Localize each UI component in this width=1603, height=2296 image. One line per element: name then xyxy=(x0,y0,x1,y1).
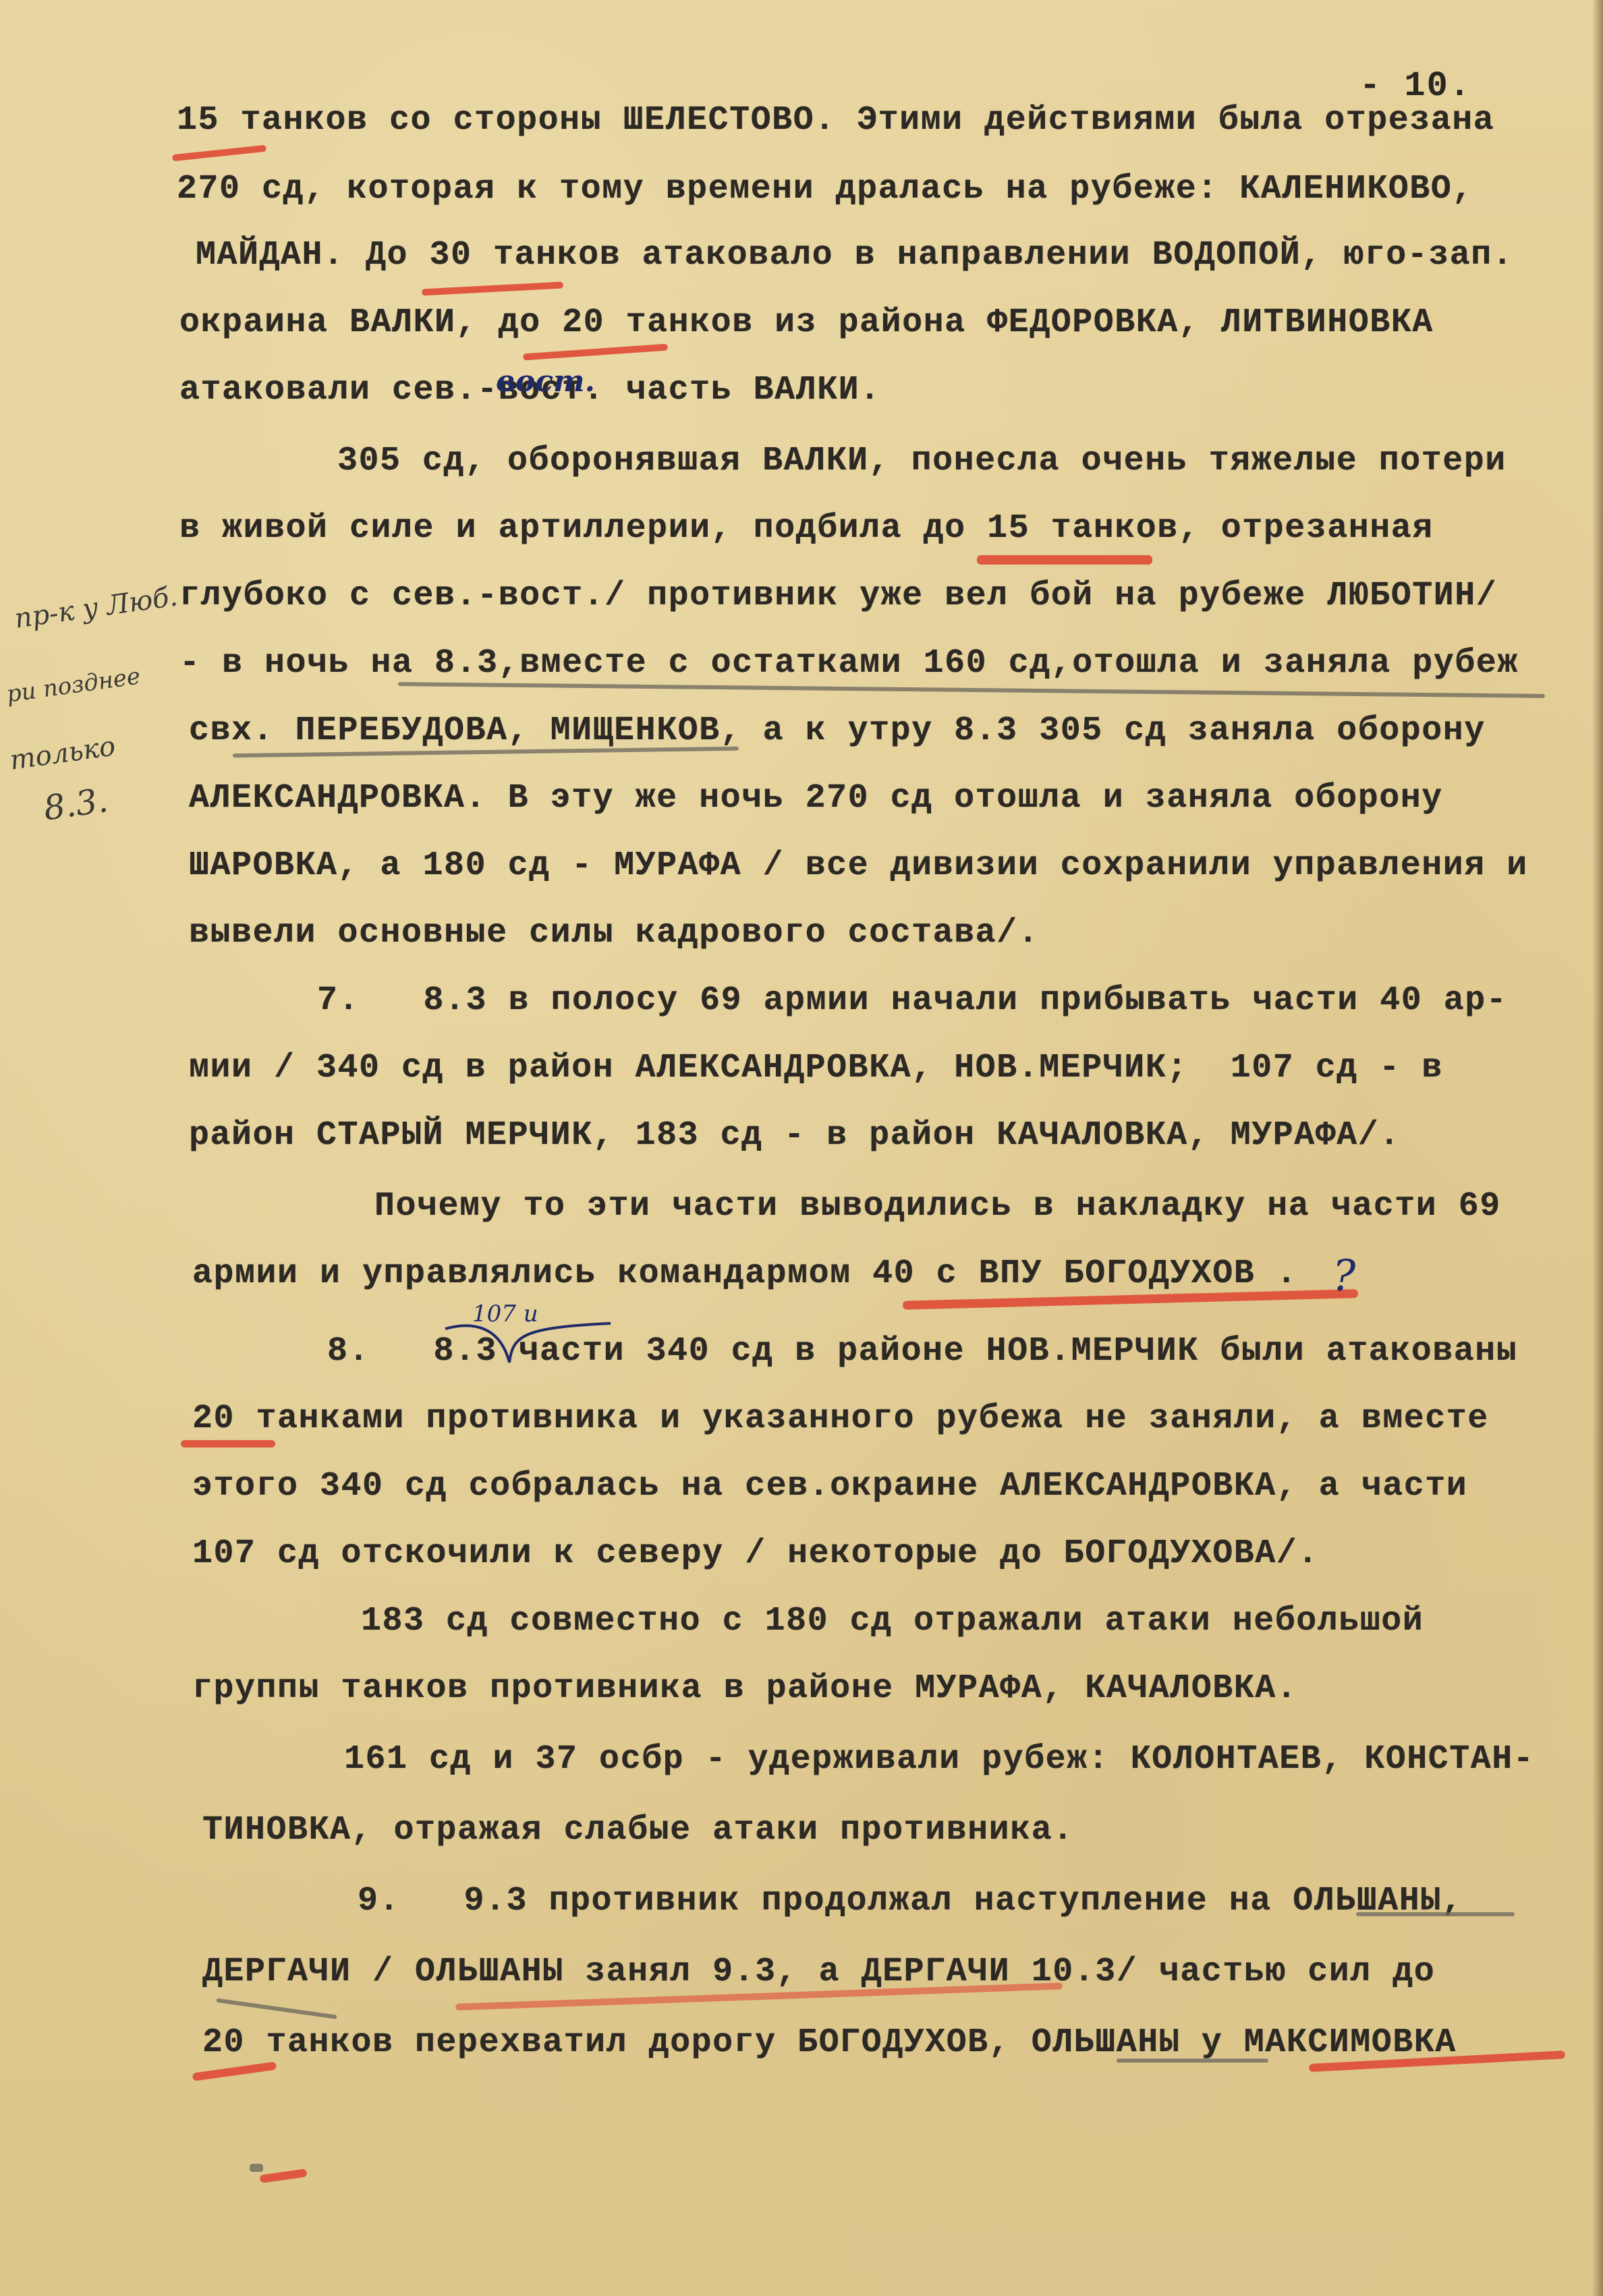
text-line: 20 танков перехватил дорогу БОГОДУХОВ, О… xyxy=(202,2024,1457,2062)
text-line: Почему то эти части выводились в накладк… xyxy=(374,1187,1501,1226)
text-line: в живой силе и артиллерии, подбила до 15… xyxy=(179,509,1434,548)
text-line: 183 сд совместно с 180 сд отражали атаки… xyxy=(361,1602,1424,1640)
text-line: мии / 340 сд в район АЛЕКСАНДРОВКА, НОВ.… xyxy=(189,1049,1443,1087)
pencil-underline xyxy=(1356,1912,1515,1916)
text-line: глубоко с сев.-вост./ противник уже вел … xyxy=(179,577,1497,615)
text-line: 107 сд отскочили к северу / некоторые до… xyxy=(192,1534,1319,1573)
text-line: ШАРОВКА, а 180 сд - МУРАФА / все дивизии… xyxy=(189,846,1528,885)
red-underline xyxy=(192,2061,277,2081)
text-line: район СТАРЫЙ МЕРЧИК, 183 сд - в район КА… xyxy=(189,1116,1401,1155)
red-underline xyxy=(977,555,1152,565)
insertion-caret-icon xyxy=(442,1309,617,1369)
text-line: 7. 8.3 в полосу 69 армии начали прибыват… xyxy=(317,981,1507,1020)
red-underline xyxy=(181,1440,275,1447)
margin-note-line: пр-к у Люб. xyxy=(13,581,179,634)
text-line: 15 танков со стороны ШЕЛЕСТОВО. Этими де… xyxy=(177,101,1494,140)
page-edge-shadow xyxy=(1592,0,1603,2296)
page-number: - 10. xyxy=(1359,66,1471,106)
pencil-underline xyxy=(216,1999,337,2019)
text-line: 270 сд, которая к тому времени дралась н… xyxy=(177,170,1473,208)
pencil-underline xyxy=(1117,2059,1268,2063)
red-underline xyxy=(523,344,668,361)
text-line: группы танков противника в районе МУРАФА… xyxy=(192,1669,1297,1708)
text-line: 9. 9.3 противник продолжал наступление н… xyxy=(358,1882,1463,1920)
red-underline xyxy=(422,282,563,296)
text-line: АЛЕКСАНДРОВКА. В эту же ночь 270 сд отош… xyxy=(189,779,1443,817)
text-line: этого 340 сд собралась на сев.окраине АЛ… xyxy=(192,1467,1467,1505)
text-line: свх. ПЕРЕБУДОВА, МИЩЕНКОВ, а к утру 8.3 … xyxy=(189,712,1486,750)
text-line: армии и управлялись командармом 40 с ВПУ… xyxy=(192,1255,1297,1293)
pencil-tick-mark xyxy=(250,2164,263,2172)
document-page: - 10. 15 танков со стороны ШЕЛЕСТОВО. Эт… xyxy=(0,0,1603,2296)
red-tick-mark xyxy=(260,2169,308,2183)
question-mark: ? xyxy=(1332,1251,1355,1301)
pencil-underline xyxy=(398,682,1545,698)
text-line: окраина ВАЛКИ, до 20 танков из района ФЕ… xyxy=(179,304,1434,342)
red-underline xyxy=(172,145,266,162)
text-line: 161 сд и 37 осбр - удерживали рубеж: КОЛ… xyxy=(344,1740,1534,1779)
text-line: вывели основные силы кадрового состава/. xyxy=(189,914,1039,952)
text-line: ТИНОВКА, отражая слабые атаки противника… xyxy=(202,1811,1074,1849)
margin-note-line: 8.3. xyxy=(41,780,111,828)
margin-note-line: только xyxy=(8,730,117,776)
text-line: 20 танками противника и указанного рубеж… xyxy=(192,1400,1489,1438)
text-line: 305 сд, оборонявшая ВАЛКИ, понесла очень… xyxy=(337,442,1507,480)
text-line: ДЕРГАЧИ / ОЛЬШАНЫ занял 9.3, а ДЕРГАЧИ 1… xyxy=(202,1953,1435,1991)
margin-note-line: ри позднее xyxy=(5,662,142,708)
text-line: МАЙДАН. До 30 танков атаковало в направл… xyxy=(196,236,1513,275)
text-line: - в ночь на 8.3,вместе с остатками 160 с… xyxy=(179,644,1519,683)
handwritten-insert-vost: вост. xyxy=(496,364,595,399)
